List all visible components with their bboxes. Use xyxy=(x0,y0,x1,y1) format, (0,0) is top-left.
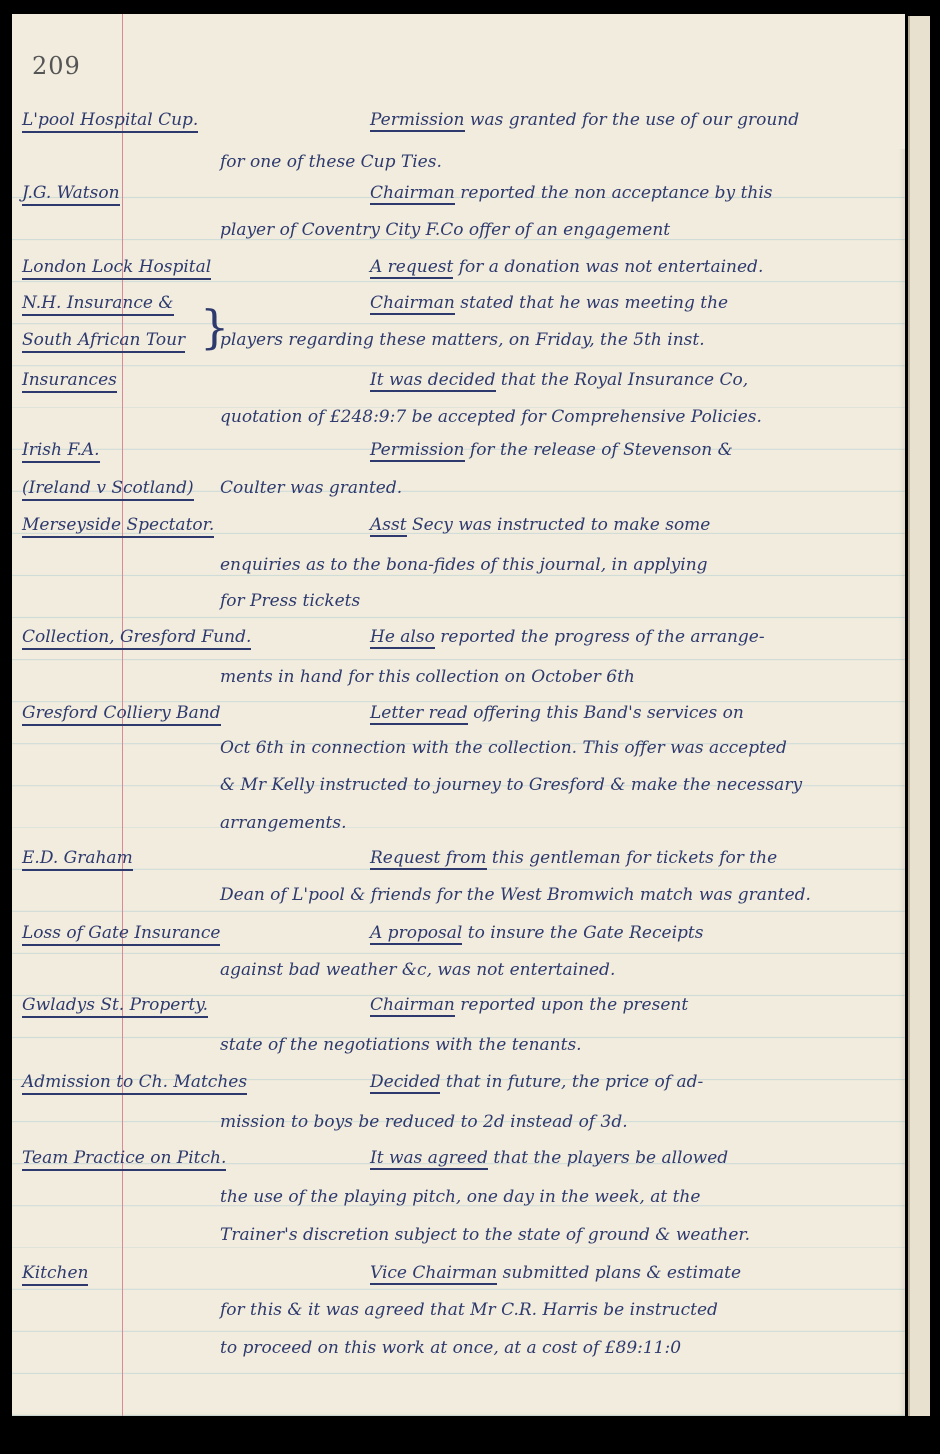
line-text: & Mr Kelly instructed to journey to Gres… xyxy=(220,775,802,795)
minute-line: A proposal to insure the Gate Receipts xyxy=(370,924,703,944)
underlined-lead: Permission xyxy=(370,440,465,462)
minute-line: state of the negotiations with the tenan… xyxy=(220,1036,582,1056)
margin-heading: Admission to Ch. Matches xyxy=(22,1073,247,1095)
line-text: player of Coventry City F.Co offer of an… xyxy=(220,220,670,240)
line-text: was granted for the use of our ground xyxy=(465,110,800,130)
minute-line: the use of the playing pitch, one day in… xyxy=(220,1188,700,1208)
minute-line: players regarding these matters, on Frid… xyxy=(220,331,705,351)
minute-line: Letter read offering this Band's service… xyxy=(370,704,744,724)
underlined-lead: A proposal xyxy=(370,923,462,945)
line-text: reported the progress of the arrange- xyxy=(435,627,765,647)
line-text: that the players be allowed xyxy=(488,1148,728,1168)
minute-line: enquiries as to the bona-fides of this j… xyxy=(220,556,708,576)
underlined-lead: Permission xyxy=(370,110,465,132)
line-text: Dean of L'pool & friends for the West Br… xyxy=(220,885,811,905)
line-text: against bad weather &c, was not entertai… xyxy=(220,960,615,980)
line-text: ments in hand for this collection on Oct… xyxy=(220,667,635,687)
line-text: Coulter was granted. xyxy=(220,478,402,498)
minute-line: Chairman reported upon the present xyxy=(370,996,688,1016)
margin-heading: Loss of Gate Insurance xyxy=(22,924,220,946)
line-text: reported the non acceptance by this xyxy=(455,183,773,203)
minute-line: Decided that in future, the price of ad- xyxy=(370,1073,703,1093)
line-text: reported upon the present xyxy=(455,995,688,1015)
line-text: enquiries as to the bona-fides of this j… xyxy=(220,555,708,575)
minute-line: quotation of £248:9:7 be accepted for Co… xyxy=(220,408,762,428)
minute-line: against bad weather &c, was not entertai… xyxy=(220,961,615,981)
minute-line: player of Coventry City F.Co offer of an… xyxy=(220,221,670,241)
underlined-lead: He also xyxy=(370,627,435,649)
line-text: Secy was instructed to make some xyxy=(407,515,711,535)
minute-line: Chairman stated that he was meeting the xyxy=(370,294,728,314)
underlined-lead: A request xyxy=(370,257,453,279)
underlined-lead: Chairman xyxy=(370,293,455,315)
margin-heading: Gwladys St. Property. xyxy=(22,996,208,1018)
line-text: offering this Band's services on xyxy=(468,703,744,723)
margin-heading: Gresford Colliery Band xyxy=(22,704,221,726)
minute-line: arrangements. xyxy=(220,814,347,834)
minute-line: Chairman reported the non acceptance by … xyxy=(370,184,773,204)
underlined-lead: Asst xyxy=(370,515,407,537)
page-edge xyxy=(908,16,930,1416)
underlined-lead: Vice Chairman xyxy=(370,1263,497,1285)
line-text: stated that he was meeting the xyxy=(455,293,728,313)
minute-line: Dean of L'pool & friends for the West Br… xyxy=(220,886,811,906)
margin-heading: Team Practice on Pitch. xyxy=(22,1149,226,1171)
underlined-lead: Chairman xyxy=(370,995,455,1017)
line-text: for this & it was agreed that Mr C.R. Ha… xyxy=(220,1300,718,1320)
line-text: Oct 6th in connection with the collectio… xyxy=(220,738,787,758)
line-text: arrangements. xyxy=(220,813,347,833)
minute-line: mission to boys be reduced to 2d instead… xyxy=(220,1113,628,1133)
line-text: to insure the Gate Receipts xyxy=(462,923,703,943)
margin-heading: N.H. Insurance & xyxy=(22,294,174,316)
minute-line: for this & it was agreed that Mr C.R. Ha… xyxy=(220,1301,718,1321)
line-text: that the Royal Insurance Co, xyxy=(496,370,749,390)
margin-heading: Insurances xyxy=(22,371,117,393)
line-text: for one of these Cup Ties. xyxy=(220,152,442,172)
underlined-lead: It was agreed xyxy=(370,1148,488,1170)
underlined-lead: Request from xyxy=(370,848,487,870)
margin-heading: J.G. Watson xyxy=(22,184,120,206)
margin-heading: Kitchen xyxy=(22,1264,88,1286)
line-text: Trainer's discretion subject to the stat… xyxy=(220,1225,750,1245)
minute-line: & Mr Kelly instructed to journey to Gres… xyxy=(220,776,802,796)
margin-heading: L'pool Hospital Cup. xyxy=(22,111,198,133)
minute-line: Oct 6th in connection with the collectio… xyxy=(220,739,787,759)
line-text: players regarding these matters, on Frid… xyxy=(220,330,705,350)
minute-line: for Press tickets xyxy=(220,592,360,612)
line-text: for Press tickets xyxy=(220,591,360,611)
minute-line: A request for a donation was not enterta… xyxy=(370,258,763,278)
minute-line: He also reported the progress of the arr… xyxy=(370,628,765,648)
minute-line: Permission was granted for the use of ou… xyxy=(370,111,799,131)
minute-line: Vice Chairman submitted plans & estimate xyxy=(370,1264,741,1284)
minute-line: to proceed on this work at once, at a co… xyxy=(220,1339,681,1359)
margin-heading: Collection, Gresford Fund. xyxy=(22,628,251,650)
underlined-lead: It was decided xyxy=(370,370,496,392)
minute-line: Request from this gentleman for tickets … xyxy=(370,849,777,869)
minute-line: Permission for the release of Stevenson … xyxy=(370,441,733,461)
line-text: mission to boys be reduced to 2d instead… xyxy=(220,1112,628,1132)
page-number: 209 xyxy=(32,52,81,80)
line-text: this gentleman for tickets for the xyxy=(487,848,778,868)
margin-heading: South African Tour xyxy=(22,331,185,353)
minute-line: Trainer's discretion subject to the stat… xyxy=(220,1226,750,1246)
underlined-lead: Decided xyxy=(370,1072,440,1094)
line-text: state of the negotiations with the tenan… xyxy=(220,1035,582,1055)
underlined-lead: Letter read xyxy=(370,703,468,725)
margin-heading: London Lock Hospital xyxy=(22,258,211,280)
margin-heading: Irish F.A. xyxy=(22,441,100,463)
margin-heading: Merseyside Spectator. xyxy=(22,516,214,538)
minute-line: Asst Secy was instructed to make some xyxy=(370,516,710,536)
underlined-lead: Chairman xyxy=(370,183,455,205)
minute-line: for one of these Cup Ties. xyxy=(220,153,442,173)
line-text: for a donation was not entertained. xyxy=(453,257,763,277)
minute-line: It was agreed that the players be allowe… xyxy=(370,1149,728,1169)
margin-heading: (Ireland v Scotland) xyxy=(22,479,194,501)
minute-line: It was decided that the Royal Insurance … xyxy=(370,371,748,391)
line-text: quotation of £248:9:7 be accepted for Co… xyxy=(220,407,762,427)
minute-line: Coulter was granted. xyxy=(220,479,402,499)
line-text: for the release of Stevenson & xyxy=(465,440,733,460)
line-text: the use of the playing pitch, one day in… xyxy=(220,1187,700,1207)
line-text: to proceed on this work at once, at a co… xyxy=(220,1338,681,1358)
margin-heading: E.D. Graham xyxy=(22,849,133,871)
minute-line: ments in hand for this collection on Oct… xyxy=(220,668,635,688)
line-text: that in future, the price of ad- xyxy=(440,1072,703,1092)
line-text: submitted plans & estimate xyxy=(497,1263,741,1283)
